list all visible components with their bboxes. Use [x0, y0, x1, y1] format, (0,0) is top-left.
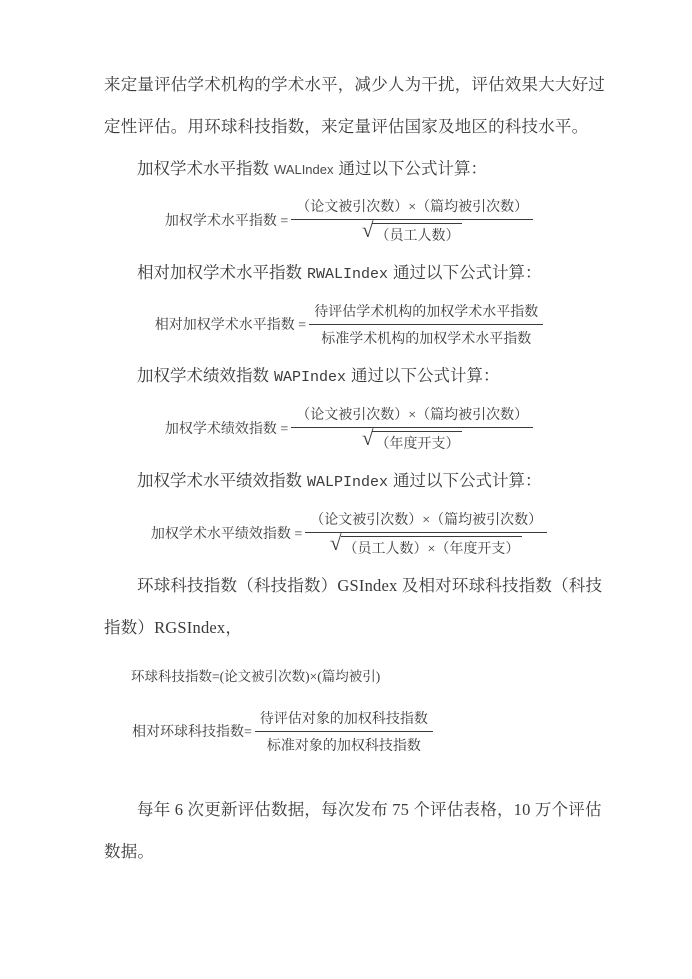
- formula-lhs: 相对环球科技指数=: [132, 721, 252, 741]
- sqrt-radicand: （员工人数）×（年度开支）: [341, 536, 523, 558]
- sqrt-expression: √ （员工人数）×（年度开支）: [330, 536, 522, 558]
- sqrt-radicand: （员工人数）: [372, 223, 462, 245]
- index-code-wapindex: WAPIndex: [274, 369, 346, 386]
- fraction-numerator: （论文被引次数）×（篇均被引次数）: [291, 195, 533, 220]
- closing-line: 数据。: [104, 831, 594, 873]
- fraction-denominator: 标准学术机构的加权学术水平指数: [316, 325, 536, 348]
- sqrt-radical-icon: √: [362, 428, 374, 449]
- intro-line: 定性评估。用环球科技指数，来定量评估国家及地区的科技水平。: [104, 106, 594, 148]
- heading-text: 通过以下公式计算：: [393, 471, 542, 490]
- gs-paragraph-line: 环球科技指数（科技指数）GSIndex 及相对环球科技指数（科技: [104, 565, 594, 607]
- fraction: （论文被引次数）×（篇均被引次数） √ （年度开支）: [291, 403, 533, 453]
- heading-text: 通过以下公式计算：: [393, 263, 542, 282]
- fraction: 待评估学术机构的加权学术水平指数 标准学术机构的加权学术水平指数: [309, 300, 543, 348]
- document-page: 来定量评估学术机构的学术水平，减少人为干扰，评估效果大大好过 定性评估。用环球科…: [0, 0, 692, 979]
- heading-text: 通过以下公式计算：: [351, 366, 500, 385]
- fraction: （论文被引次数）×（篇均被引次数） √ （员工人数）×（年度开支）: [305, 508, 547, 558]
- sqrt-radicand: （年度开支）: [372, 431, 462, 453]
- index-code-rwalindex: RWALIndex: [307, 266, 388, 283]
- fraction-numerator: （论文被引次数）×（篇均被引次数）: [291, 403, 533, 428]
- formula-lhs: 加权学术水平绩效指数 =: [151, 523, 302, 543]
- heading-text: 通过以下公式计算：: [339, 159, 488, 178]
- gs-paragraph-line: 指数）RGSIndex，: [104, 607, 594, 649]
- section-heading-walindex: 加权学术水平指数WALIndex通过以下公式计算：: [104, 148, 594, 190]
- rgs-formula: 相对环球科技指数= 待评估对象的加权科技指数 标准对象的加权科技指数: [104, 707, 594, 755]
- closing-line: 每年 6 次更新评估数据，每次发布 75 个评估表格，10 万个评估: [104, 789, 594, 831]
- formula-walindex: 加权学术水平指数 = （论文被引次数）×（篇均被引次数） √ （员工人数）: [104, 195, 594, 245]
- intro-paragraph: 来定量评估学术机构的学术水平，减少人为干扰，评估效果大大好过 定性评估。用环球科…: [104, 64, 594, 148]
- sqrt-radical-icon: √: [330, 533, 342, 554]
- fraction-numerator: （论文被引次数）×（篇均被引次数）: [305, 508, 547, 533]
- formula-walpindex: 加权学术水平绩效指数 = （论文被引次数）×（篇均被引次数） √ （员工人数）×…: [104, 508, 594, 558]
- intro-line: 来定量评估学术机构的学术水平，减少人为干扰，评估效果大大好过: [104, 64, 594, 106]
- section-heading-walpindex: 加权学术水平绩效指数WALPIndex通过以下公式计算：: [104, 460, 594, 503]
- sqrt-radical-icon: √: [362, 220, 374, 241]
- formula-lhs: 加权学术绩效指数 =: [165, 418, 288, 438]
- fraction-denominator: √ （年度开支）: [357, 428, 468, 453]
- sqrt-expression: √ （年度开支）: [362, 431, 463, 453]
- fraction-numerator: 待评估学术机构的加权学术水平指数: [309, 300, 543, 325]
- heading-text: 相对加权学术水平指数: [137, 263, 302, 282]
- heading-text: 加权学术水平绩效指数: [137, 471, 302, 490]
- fraction-denominator: √ （员工人数）×（年度开支）: [325, 533, 527, 558]
- section-heading-wapindex: 加权学术绩效指数WAPIndex通过以下公式计算：: [104, 355, 594, 398]
- section-heading-rwalindex: 相对加权学术水平指数RWALIndex通过以下公式计算：: [104, 252, 594, 295]
- formula-lhs: 加权学术水平指数 =: [165, 210, 288, 230]
- heading-text: 加权学术绩效指数: [137, 366, 269, 385]
- index-code-walindex: WALIndex: [274, 162, 334, 177]
- index-code-walpindex: WALPIndex: [307, 474, 388, 491]
- fraction-numerator: 待评估对象的加权科技指数: [255, 707, 433, 732]
- closing-paragraph: 每年 6 次更新评估数据，每次发布 75 个评估表格，10 万个评估 数据。: [104, 789, 594, 873]
- formula-lhs: 相对加权学术水平指数 =: [155, 314, 306, 334]
- fraction-denominator: 标准对象的加权科技指数: [262, 732, 426, 755]
- fraction: 待评估对象的加权科技指数 标准对象的加权科技指数: [255, 707, 433, 755]
- formula-wapindex: 加权学术绩效指数 = （论文被引次数）×（篇均被引次数） √ （年度开支）: [104, 403, 594, 453]
- formula-rwalindex: 相对加权学术水平指数 = 待评估学术机构的加权学术水平指数 标准学术机构的加权学…: [104, 300, 594, 348]
- gs-paragraph: 环球科技指数（科技指数）GSIndex 及相对环球科技指数（科技 指数）RGSI…: [104, 565, 594, 649]
- heading-text: 加权学术水平指数: [137, 159, 269, 178]
- fraction: （论文被引次数）×（篇均被引次数） √ （员工人数）: [291, 195, 533, 245]
- sqrt-expression: √ （员工人数）: [362, 223, 463, 245]
- fraction-denominator: √ （员工人数）: [357, 220, 468, 245]
- gs-formula: 环球科技指数=(论文被引次数)×(篇均被引): [104, 657, 594, 697]
